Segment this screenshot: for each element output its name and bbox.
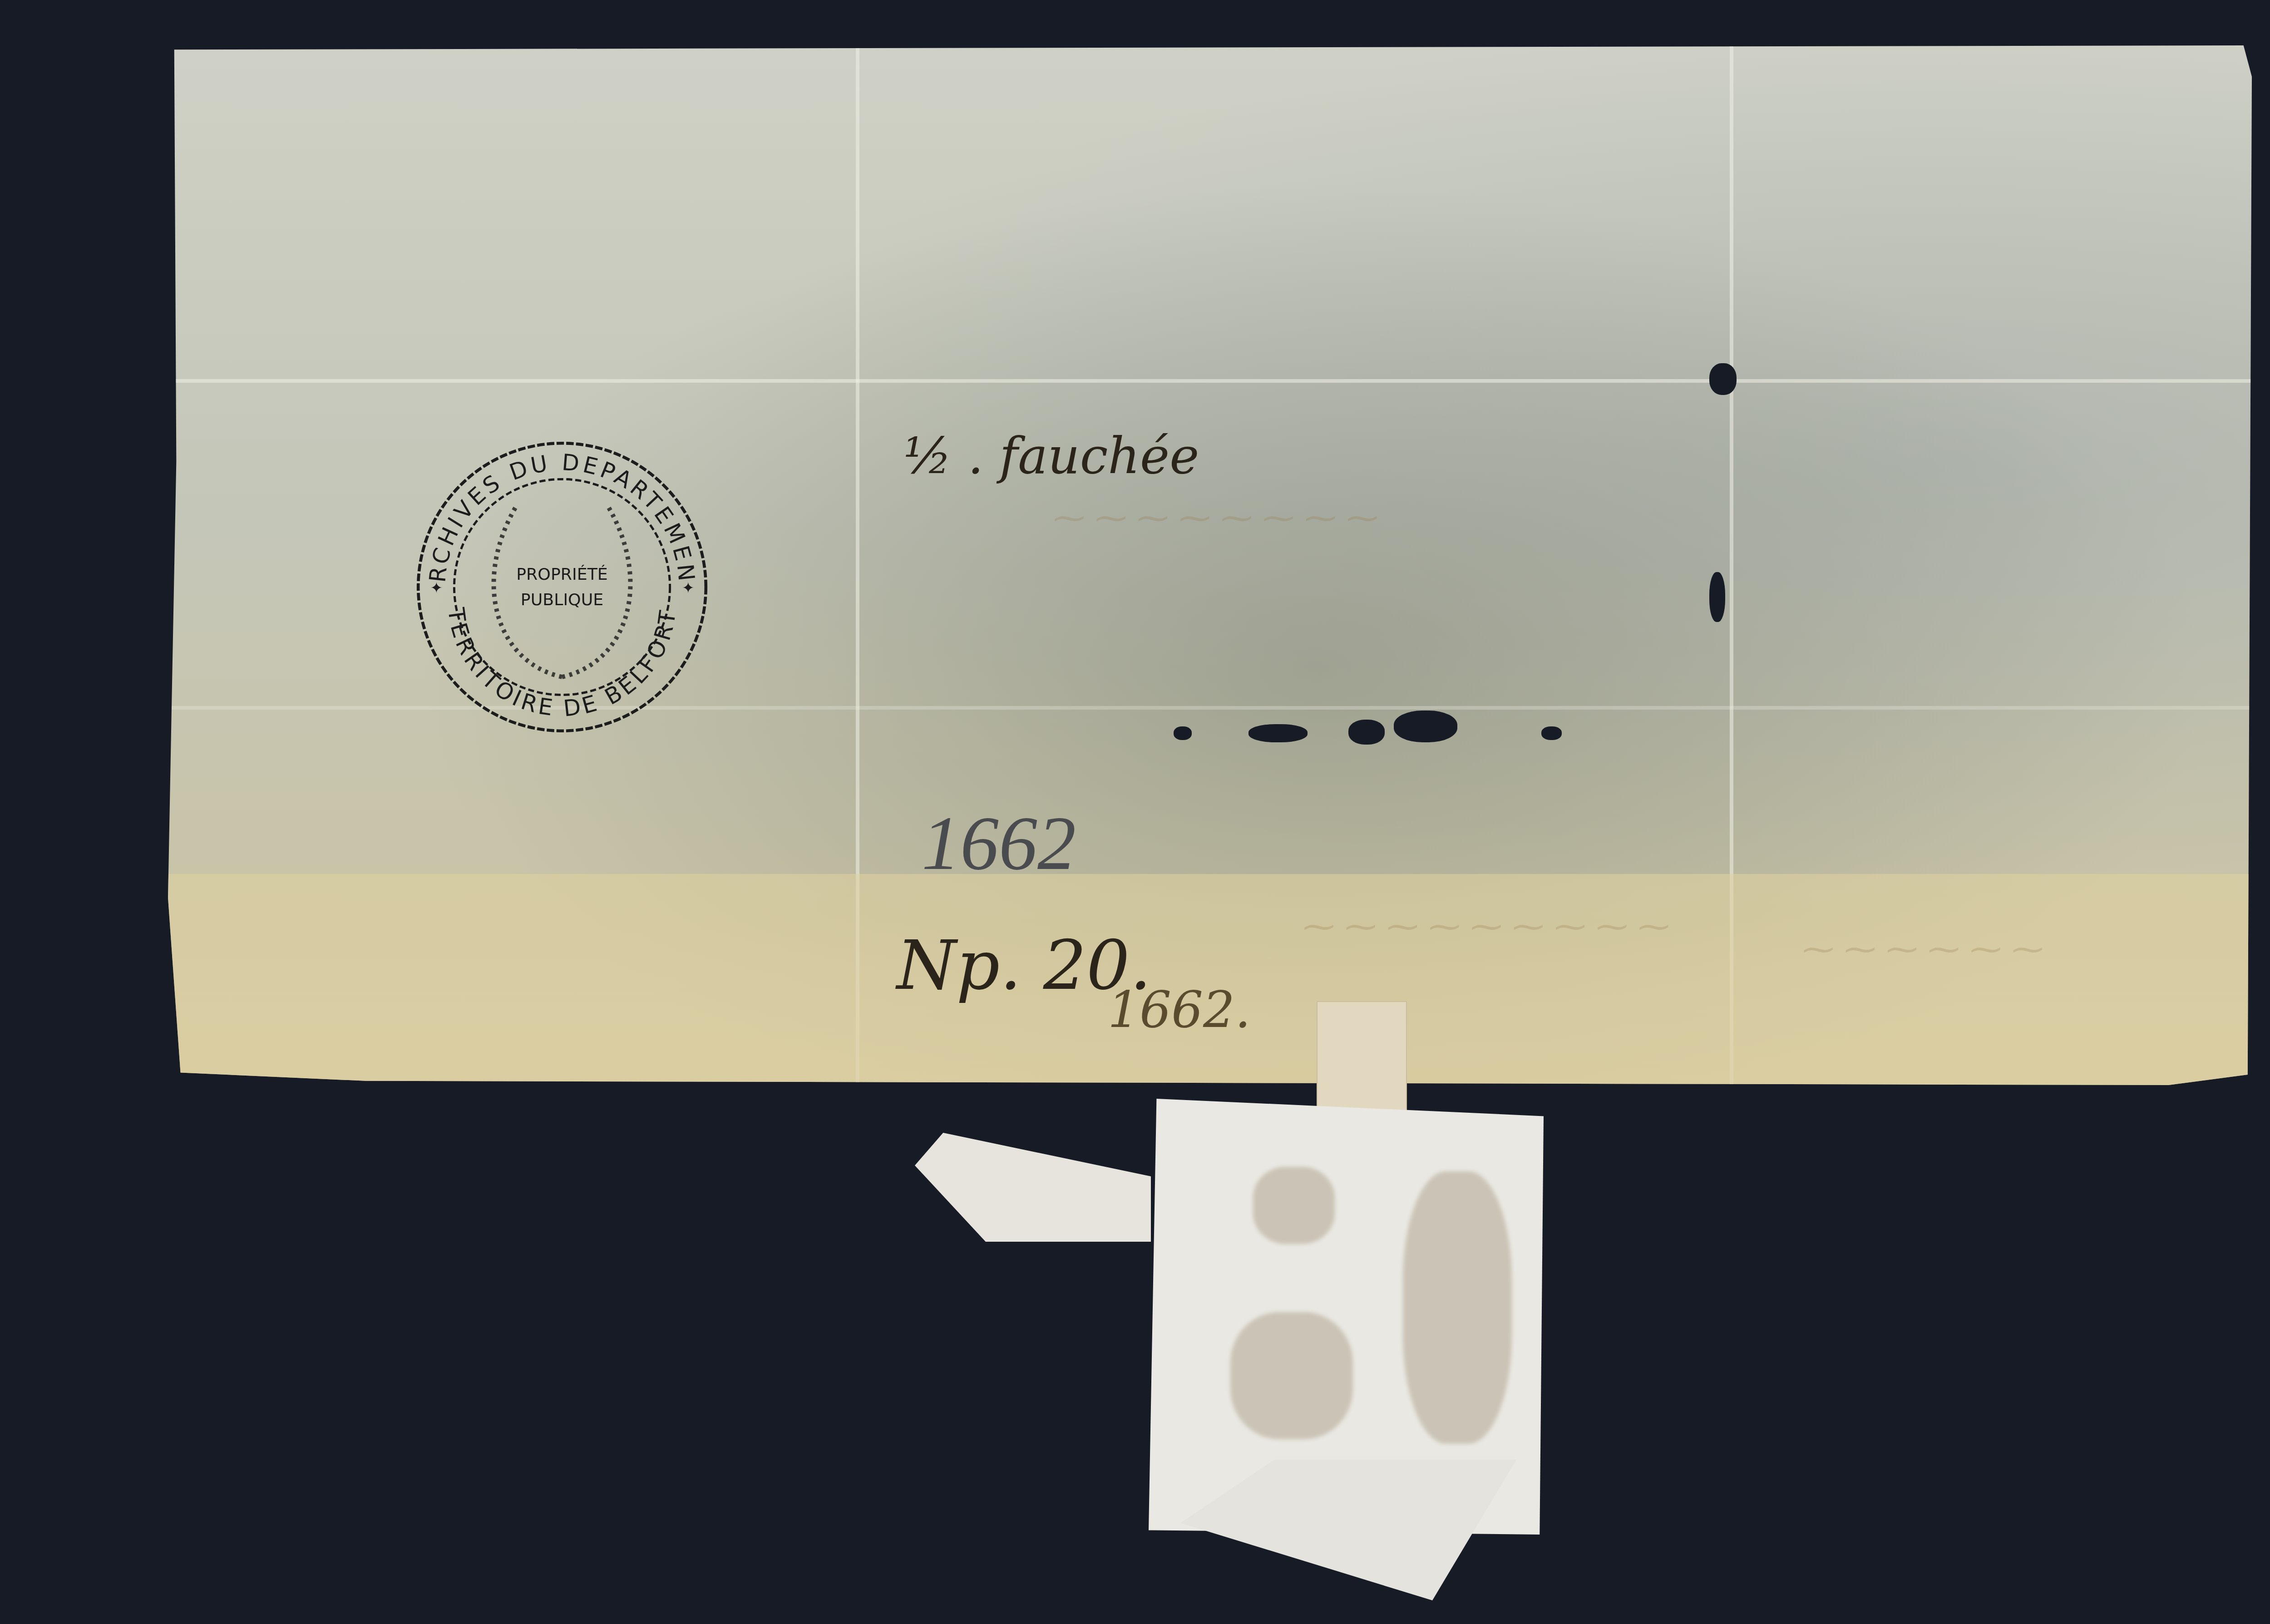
pencil-number: 1662: [922, 799, 1076, 888]
wormhole: [1709, 363, 1737, 395]
handwritten-year: 1662.: [1108, 981, 1251, 1039]
wormhole: [1348, 720, 1385, 745]
wormhole: [1174, 726, 1192, 740]
wormhole: [1394, 711, 1457, 742]
bleed-through-text: ⁓ ⁓ ⁓ ⁓ ⁓ ⁓ ⁓ ⁓ ⁓: [1303, 908, 1670, 945]
svg-text:✦: ✦: [430, 579, 443, 597]
seal-stain: [1403, 1171, 1512, 1444]
folded-bottom-band: [168, 874, 2252, 1085]
handwritten-note-fauchee: ½ . fauchée: [903, 427, 1199, 485]
stamp-inner-line-1: PROPRIÉTÉ: [516, 564, 608, 584]
archive-stamp: ARCHIVES DU DEPARTEMENT TERRITOIRE DE BE…: [412, 437, 712, 737]
seal-stain: [1230, 1312, 1353, 1439]
bleed-through-text: ⁓ ⁓ ⁓ ⁓ ⁓ ⁓: [1802, 931, 2043, 968]
wormhole: [1248, 724, 1308, 742]
stamp-inner-line-2: PUBLIQUE: [521, 590, 603, 609]
stamp-seal-icon: ARCHIVES DU DEPARTEMENT TERRITOIRE DE BE…: [412, 437, 712, 737]
fold-line-horizontal-1: [168, 379, 2252, 383]
stamp-outer-text-top: ARCHIVES DU DEPARTEMENT: [412, 437, 700, 585]
seal-tag-left-flap: [915, 1133, 1151, 1242]
svg-text:ARCHIVES DU DEPARTEMENT: ARCHIVES DU DEPARTEMENT: [412, 437, 700, 585]
seal-stain: [1253, 1167, 1335, 1244]
svg-text:✦: ✦: [682, 579, 695, 597]
wormhole: [1541, 726, 1562, 740]
bleed-through-text: ⁓ ⁓ ⁓ ⁓ ⁓ ⁓ ⁓ ⁓: [1053, 499, 1378, 537]
wormhole: [1709, 572, 1725, 622]
